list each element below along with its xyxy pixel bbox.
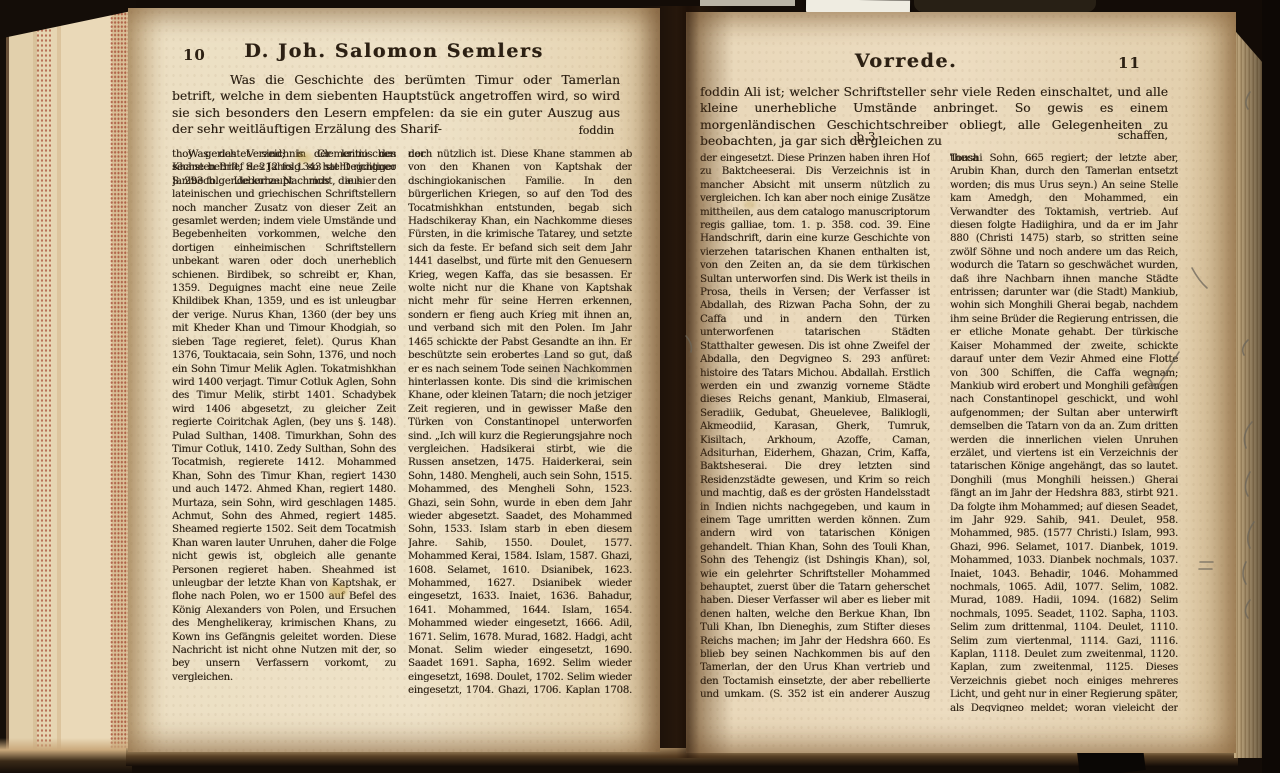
column-paragraph: Was das Verzeichnis der krimischen Khane… bbox=[172, 148, 396, 188]
right-board-edge bbox=[1262, 0, 1280, 773]
catchword-schaffen: schaffen, bbox=[700, 129, 1168, 142]
column-left-1: thoy gerichtet sind; in Clementio des se… bbox=[172, 148, 396, 696]
page-11: Vorrede. 11 foddin Ali ist; welcher Schr… bbox=[686, 12, 1236, 753]
column-paragraph: noch nützlich ist. Diese Khane stammen a… bbox=[408, 148, 632, 696]
intro-paragraph-left: Was die Geschichte des berümten Timur od… bbox=[172, 72, 620, 138]
red-sprinkle-edge bbox=[36, 18, 51, 766]
scan-watermark: WM bbox=[538, 340, 630, 393]
foxing-stain bbox=[744, 200, 756, 209]
column-paragraph: thoy gerichtet sind; in Clementio des se… bbox=[172, 148, 396, 684]
running-header-left: D. Joh. Salomon Semlers bbox=[168, 40, 620, 62]
column-paragraph: Toushi Sohn, 665 regiert; der letzte abe… bbox=[950, 152, 1178, 712]
column-paragraph: der eingesetzt. Diese Prinzen haben ihre… bbox=[700, 152, 930, 700]
bookmark-ribbon-under bbox=[700, 0, 795, 6]
catchword-foddin: foddin bbox=[579, 124, 614, 137]
foxing-stain bbox=[296, 152, 312, 163]
catchword-der: der bbox=[408, 148, 463, 161]
catchword-theca: theca bbox=[950, 152, 1024, 165]
column-right-2: Toushi Sohn, 665 regiert; der letzte abe… bbox=[950, 152, 1178, 712]
column-right-1: der eingesetzt. Diese Prinzen haben ihre… bbox=[700, 152, 930, 700]
bottom-left-edge bbox=[0, 738, 132, 773]
running-header-right: Vorrede. bbox=[686, 50, 1126, 72]
book-scan: 10 D. Joh. Salomon Semlers Was die Gesch… bbox=[0, 0, 1280, 773]
foxing-stain bbox=[328, 584, 348, 597]
page-number-right: 11 bbox=[1118, 54, 1141, 72]
object-above-book bbox=[914, 0, 1096, 12]
column-left-2: noch nützlich ist. Diese Khane stammen a… bbox=[408, 148, 632, 696]
